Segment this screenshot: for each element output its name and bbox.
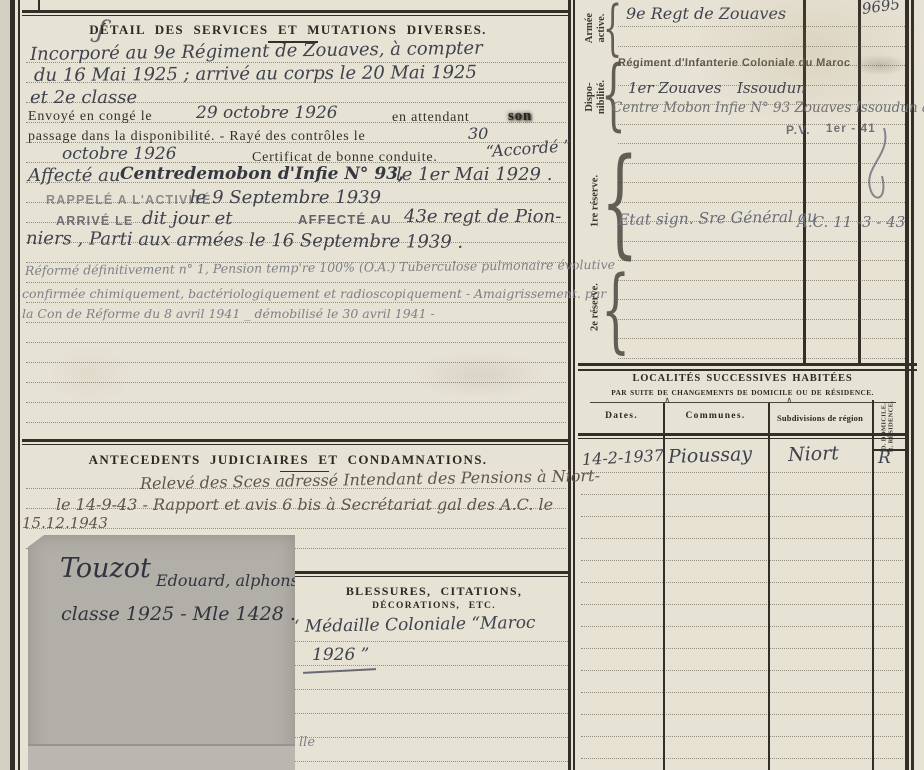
services-top-rule-thick [22,10,568,13]
ruled-line [26,362,566,363]
column-header-communes: Communes. [663,411,768,421]
arrive-handwriting: dit jour et [142,208,232,229]
services-line-3: et 2e classe [30,87,137,108]
ruled-line [262,689,568,690]
ruled-line [581,538,903,539]
ink-flourish [854,126,894,210]
localites-top-rule-thin [578,369,917,371]
certificat-mention: “Accordé ” [485,136,572,161]
card-firstnames: Edouard, alphonse [156,571,308,590]
localites-top-rule-thick [578,363,917,366]
localites-subtitle: PAR SUITE DE CHANGEMENTS DE DOMICILE OU … [580,388,905,397]
ruled-line [26,322,566,323]
panel-divider-thick [568,0,571,770]
card-surname: Touzot [60,553,151,584]
antecedents-line-3: 15.12.1943 [22,514,108,532]
blessures-entry-2: 1926 ” [312,645,369,665]
localites-row-commune: Pioussay [668,443,753,468]
dispo-entry-place: Issoudun [737,79,806,97]
page-border-left-thin [18,0,20,770]
ruled-line [618,299,905,300]
antecedents-rule-thick [22,439,568,442]
pv-stamp: P.V. [786,123,811,137]
affecte-1929-part2: Centredemobon d'Infie N° 93, [120,164,404,184]
blessures-entry-underline [303,668,376,673]
ruled-line [26,342,566,343]
regiment-colonial-stamp: Régiment d'Infanterie Coloniale du Maroc [618,57,851,69]
localites-column-line-2 [768,403,770,770]
ruled-line [262,761,568,762]
ruled-line [581,582,903,583]
ruled-line [581,670,903,671]
dispo-entry-centre: Centre Mobon Infie N° 93 Zouaves Issoudu… [612,100,924,116]
matricule-number: 9695 [861,0,901,18]
conge-label: Envoyé en congé le [28,109,152,125]
ruled-line [26,302,566,303]
localites-column-line-3 [872,400,874,770]
reforme-line-3: la Con de Réforme du 8 avril 1941 _ démo… [22,306,435,321]
ruled-line [618,46,905,47]
localites-header-rule-thick [578,433,905,436]
ruled-line [262,665,568,666]
deuxieme-reserve-brace: { [601,264,630,356]
ruled-line [581,516,903,517]
rappele-date: le 9 Septembre 1939 [190,187,381,208]
ruled-line [618,26,905,27]
ruled-line [26,382,566,383]
ruled-line [618,338,905,339]
res1-entry: Etat sign. Sre Général au [618,208,818,229]
attendant-blot: son [508,108,532,125]
deuxieme-reserve-label: 2e réserve. [589,260,601,355]
arrive-stamp: ARRIVÉ LE [56,214,133,228]
affecte-stamp: AFFECTÉ AU [298,212,392,227]
decorative-chevron-2: ∧ [786,395,793,406]
localites-row-subdivision: Niort [788,442,840,466]
premiere-reserve-brace: { [601,142,639,260]
affecte-unit: 43e regt de Pion- [404,206,561,227]
reforme-line-1: Réformé définitivement n° 1, Pension tem… [25,257,615,278]
attendant-label: en attendant [392,110,470,126]
conge-date: 29 octobre 1926 [196,103,338,123]
ruled-line [262,713,568,714]
card-bottom-area [28,746,295,770]
name-card: Touzot Edouard, alphonse classe 1925 - M… [28,535,295,770]
ruled-line [618,319,905,320]
res1-entry-ac: A.C. 11 - [797,213,862,231]
card-classe: classe 1925 - Mle 1428 . [61,603,296,625]
raye-num: 30 [468,124,488,143]
ruled-line [581,604,903,605]
ruled-line [262,641,568,642]
ruled-line [26,282,566,283]
antecedents-rule-thin [22,444,568,445]
ruled-line [581,758,903,759]
page-border-left-thick [10,0,15,770]
localites-header-rule-thin [578,438,905,439]
column-header-dates: Dates. [580,411,663,421]
services-title: DÉTAIL DES SERVICES ET MUTATIONS DIVERSE… [40,22,536,38]
services-line-2: du 16 Mai 1925 ; arrivé au corps le 20 M… [34,62,477,86]
paper-stain-left [30,330,150,420]
ruled-line [618,280,905,281]
ruled-line [618,358,905,359]
ruled-line [581,736,903,737]
res1-entry-date: 3 - 43 [862,213,905,231]
dispo-entry-unit: 1er Zouaves [628,79,721,97]
raye-date: octobre 1926 [62,144,177,164]
localites-decorative-rule [590,402,896,403]
localites-title: LOCALITÉS SUCCESSIVES HABITÉES [580,373,905,384]
ruled-line [581,692,903,693]
ruled-line [581,714,903,715]
reforme-line-2: confirmée chimiquement, bactériologiquem… [22,286,606,301]
paper-stain-center [380,340,580,410]
passage-label: passage dans la disponibilité. - Rayé de… [28,129,366,145]
column-header-subdivisions: Subdivisions de région [768,413,872,423]
ruled-line [26,422,566,423]
blessures-rule-thin [262,576,568,577]
ruled-line [618,241,905,242]
blessures-subtitle: DÉCORATIONS, ETC. [296,601,572,611]
armee-active-entry: 9e Regt de Zouaves [626,4,786,23]
blessures-title: BLESSURES, CITATIONS, [296,584,572,599]
ruled-line [581,494,903,495]
premiere-reserve-label: 1re réserve. [589,154,601,249]
ruled-line [618,260,905,261]
affecte-1929-part1: Affecté au [28,165,120,186]
services-line-10: niers , Parti aux armées le 16 Septembre… [26,228,463,253]
military-record-page: ʃ DÉTAIL DES SERVICES ET MUTATIONS DIVER… [0,0,924,770]
page-margin-left [0,0,10,770]
ruled-line [581,648,903,649]
ruled-line [581,626,903,627]
blessures-rule-thick [262,571,568,574]
localites-row-dr-flag: R [878,448,891,468]
ruled-line [26,402,566,403]
panel-divider-thin [573,0,575,770]
affecte-1929-part3: le 1er Mai 1929 . [396,164,552,185]
localites-row-date: 14-2-1937 [582,446,665,469]
antecedents-line-2: le 14-9-43 - Rapport et avis 6 bis à Sec… [56,495,553,514]
blessures-entry-1: ‘ Médaille Coloniale “Maroc [294,613,536,637]
ruled-line [581,560,903,561]
antecedents-title: ANTECEDENTS JUDICIAIRES ET CONDAMNATIONS… [40,452,536,468]
ruled-line [581,472,903,473]
covered-handwriting-fragment: lle [299,735,315,750]
rappele-stamp: RAPPELÉ A L'ACTIVITÉ [46,193,212,207]
